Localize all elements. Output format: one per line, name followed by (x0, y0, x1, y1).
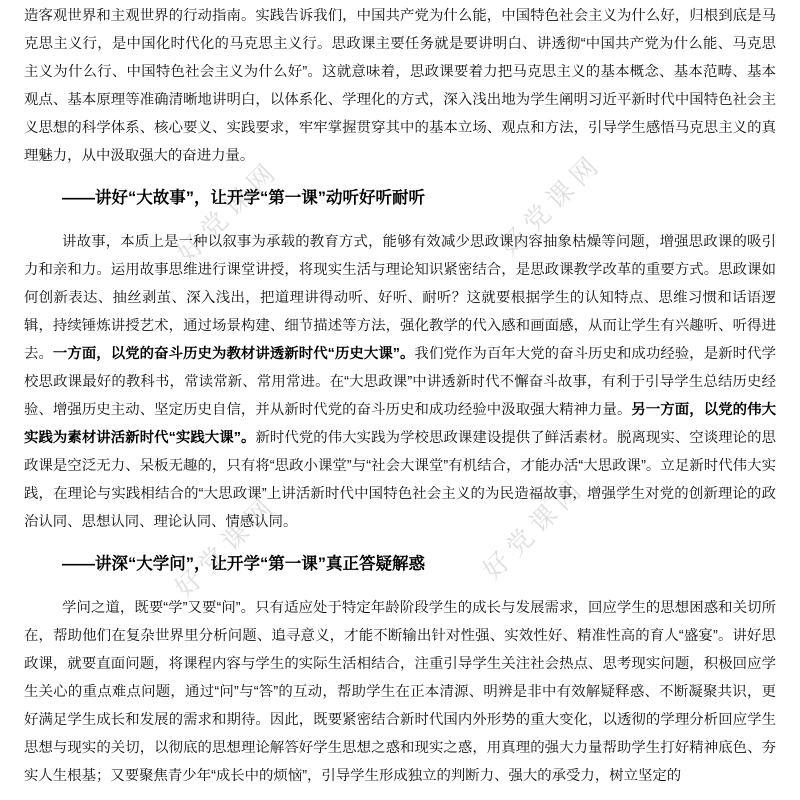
text-run: 造客观世界和主观世界的行动指南。实践告诉我们，中国共产党为什么能，中国特色社会主… (24, 8, 776, 164)
text-run: 讲故事，本质上是一种以叙事为承载的教育方式，能够有效减少思政课内容抽象枯燥等问题… (24, 234, 776, 362)
paragraph: 造客观世界和主观世界的行动指南。实践告诉我们，中国共产党为什么能，中国特色社会主… (24, 2, 776, 170)
document-content: 造客观世界和主观世界的行动指南。实践告诉我们，中国共产党为什么能，中国特色社会主… (24, 0, 776, 794)
text-run: 学问之道，既要“学”又要“问”。只有适应处于特定年龄阶段学生的成长与发展需求，回… (24, 600, 776, 784)
paragraph: 讲故事，本质上是一种以叙事为承载的教育方式，能够有效减少思政课内容抽象枯燥等问题… (24, 228, 776, 536)
paragraph: 学问之道，既要“学”又要“问”。只有适应处于特定年龄阶段学生的成长与发展需求，回… (24, 594, 776, 790)
watermark-text: 好党课网 (796, 459, 800, 579)
section-heading: ——讲好“大故事”，让开学“第一课”动听好听耐听 (24, 184, 776, 212)
bold-emphasis: 一方面，以党的奋斗历史为教材讲透新时代“历史大课”。 (53, 346, 415, 362)
section-heading: ——讲深“大学问”，让开学“第一课”真正答疑解惑 (24, 550, 776, 578)
document-page: 好党课网好党课网好党课网好党课网好党课网好党课网 造客观世界和主观世界的行动指南… (0, 0, 800, 800)
